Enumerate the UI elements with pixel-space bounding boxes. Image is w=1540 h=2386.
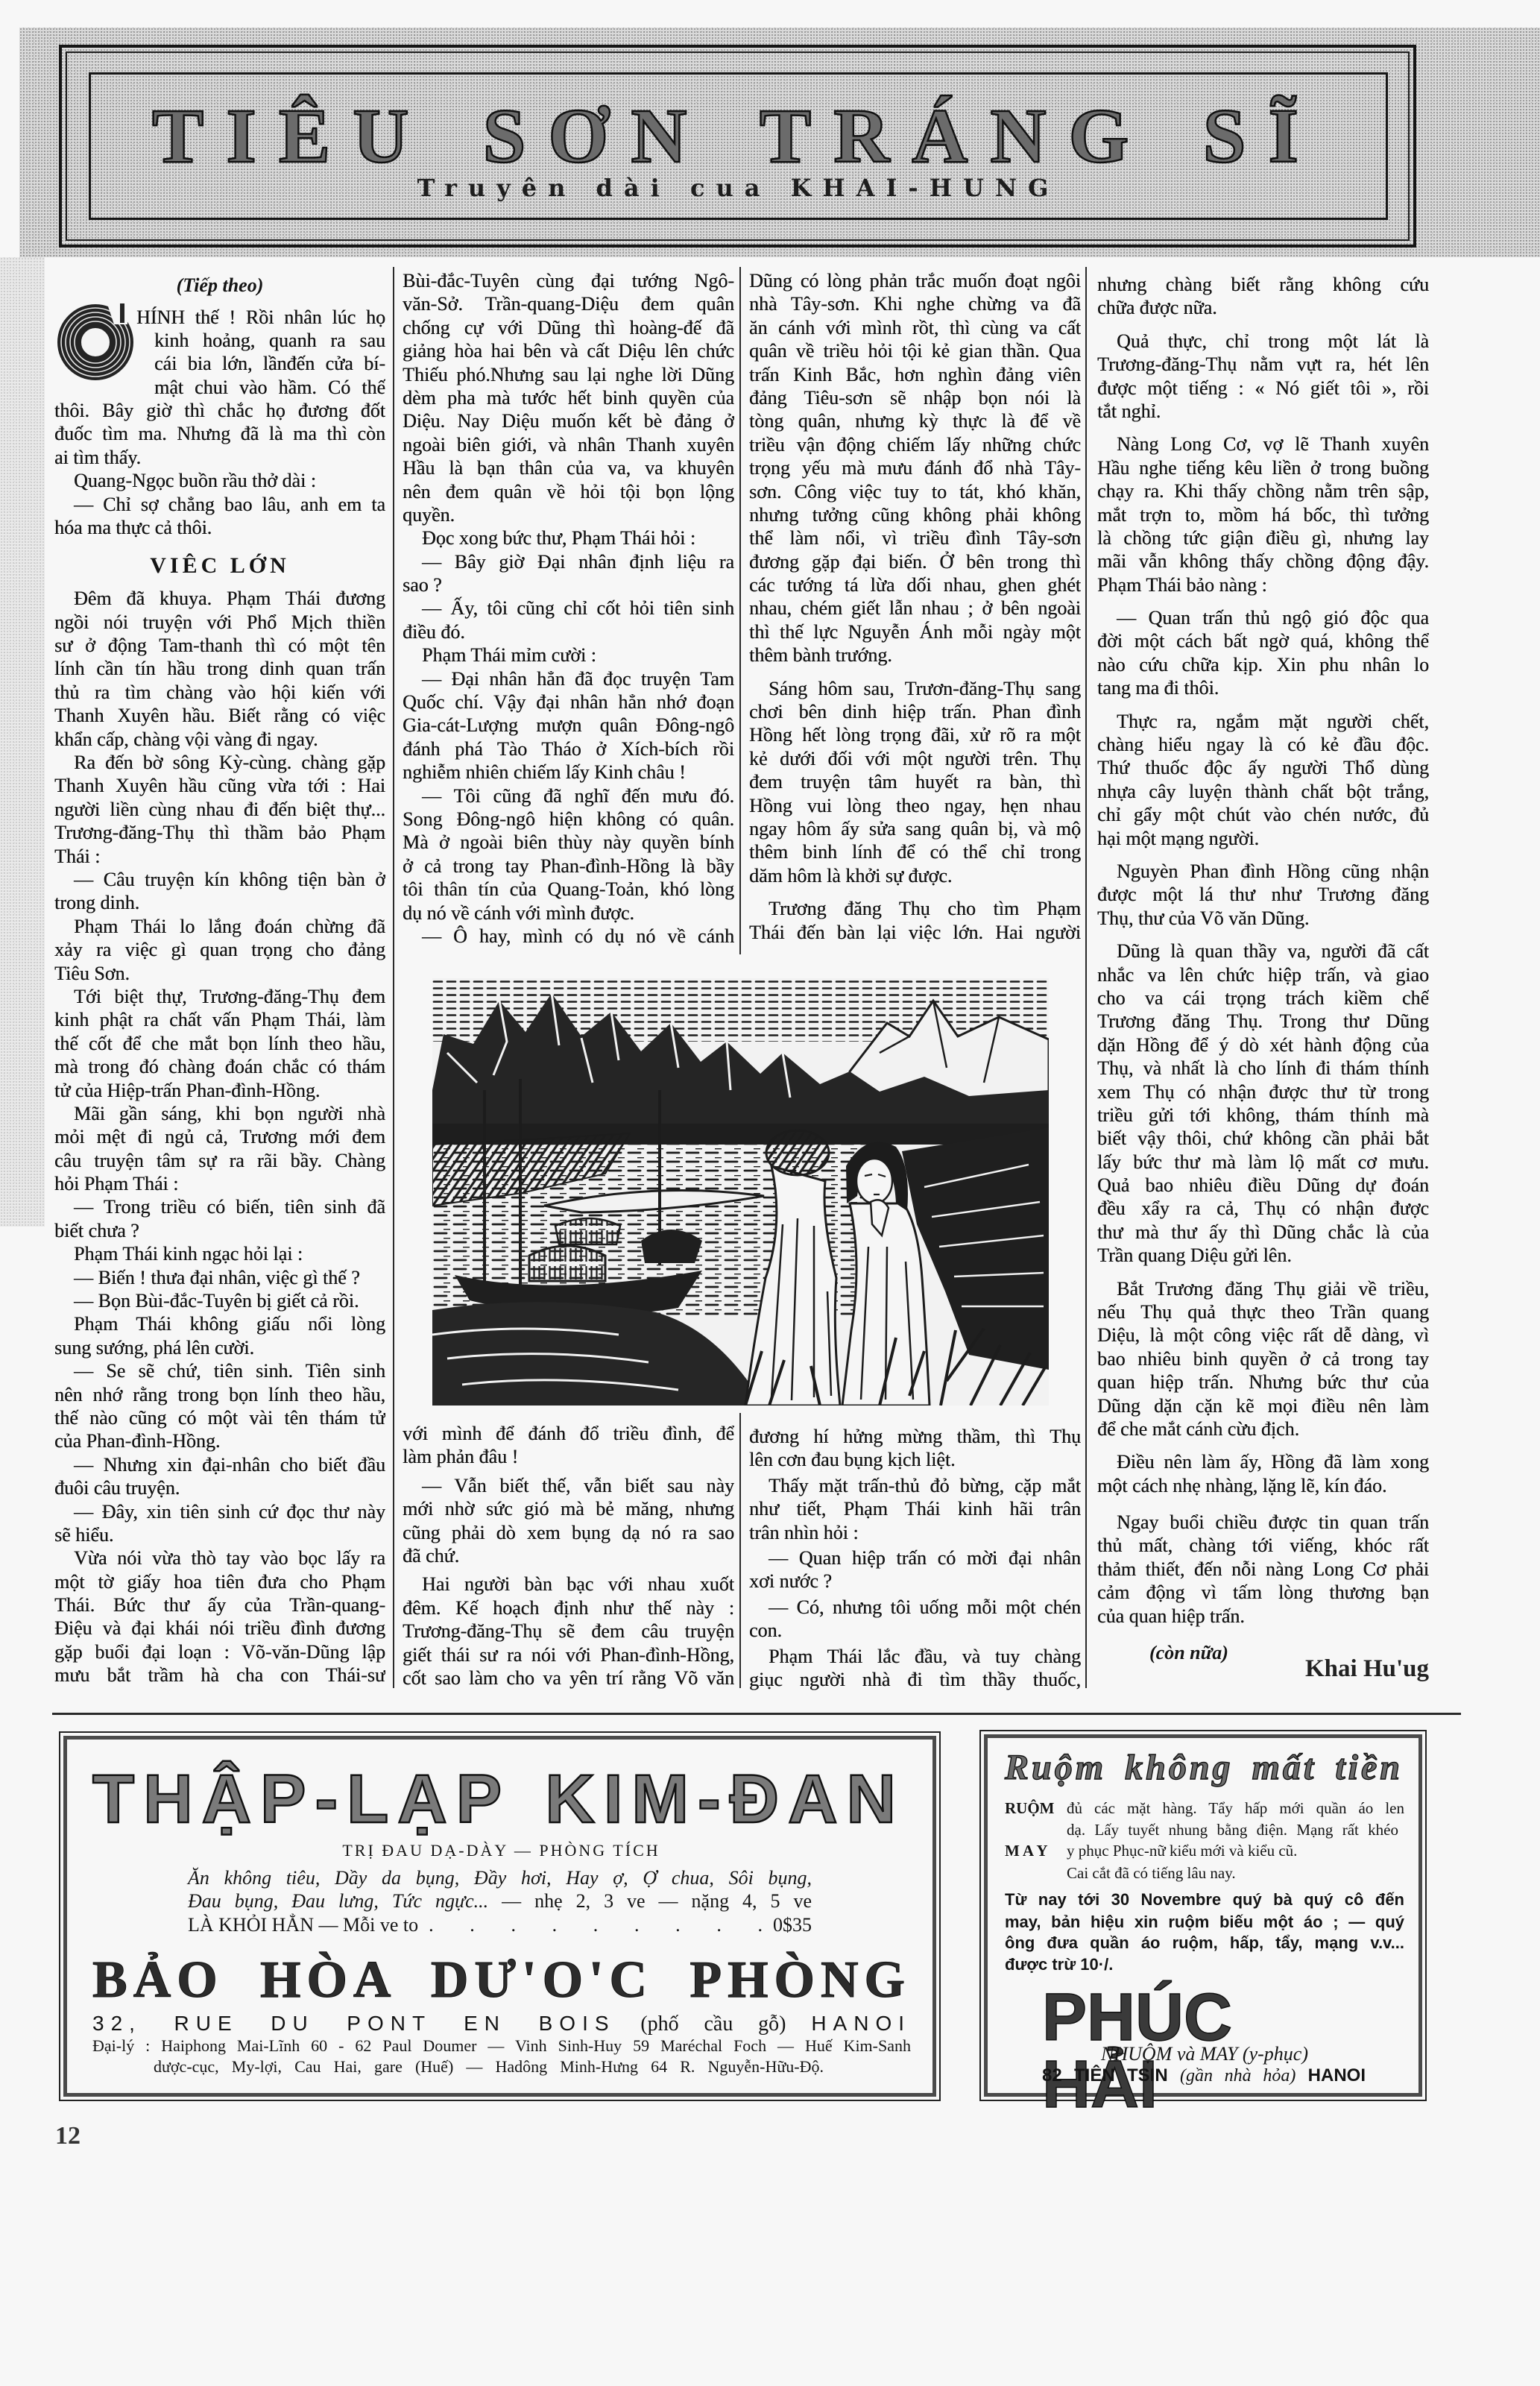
text-line: — Vẫn biết thế, vẫn biết sau này [403, 1474, 734, 1497]
text-line: nhà Tây-sơn. Khi nghe chừng va đã [749, 292, 1081, 315]
text-line: Điều nên làm ấy, Hồng đã làm xong [1097, 1450, 1429, 1473]
text-line: lên cơn đau bụng kịch liệt. [749, 1448, 1081, 1471]
column-rule [1085, 267, 1087, 1688]
text-line: Phạm Thái không giấu nổi lòng [54, 1312, 385, 1335]
text-line: thế cốt để che mắt bọn lính theo hầu, [54, 1032, 385, 1055]
paragraph: — Câu truyện kín không tiện bàn ởtrong d… [54, 868, 385, 915]
text-line: sơn. Công việc tuy to tát, khó khăn, [749, 480, 1081, 503]
paragraph: — Quan trấn thủ ngộ gió độc quađời một c… [1097, 606, 1429, 700]
text-line: đương hí hửng mừng thầm, thì Thụ [749, 1425, 1081, 1448]
text-line: — Nhưng xin đại-nhân cho biết đầu [54, 1453, 385, 1476]
paragraph: — Tôi cũng đã nghĩ đến mưu đó.Song Đông-… [403, 784, 734, 925]
text-line: Thanh Xuyên hầu cũng vừa tới : Hai [54, 774, 385, 797]
paragraph: — Bây giờ Đại nhân định liệu rasao ? [403, 550, 734, 597]
text-line: sẽ hiểu. [54, 1523, 385, 1546]
text-line: bao nhiêu binh quyền ở cả trong tay [1097, 1347, 1429, 1370]
continued-label: (Tiếp theo) [54, 274, 385, 298]
text-line: — Biến ! thưa đại nhân, việc gì thế ? [54, 1266, 385, 1289]
text-line: mắt trợn to, mồm há bốc, thì tưởng [1097, 503, 1429, 526]
text-line: một tờ giấy hoa tiên đưa cho Phạm [54, 1570, 385, 1593]
text-line: Tới biệt thự, Trương-đăng-Thụ đem [54, 985, 385, 1008]
text-line: nhưng tưởng cũng không phải không [749, 503, 1081, 526]
text-line: Quả thực, chỉ trong một lát là [1097, 330, 1429, 353]
paragraph: Thực ra, ngắm mặt người chết,chàng hiểu … [1097, 710, 1429, 850]
text-line: được một tiếng : « Nó giết tôi », rồi [1097, 377, 1429, 400]
text-line: Thực ra, ngắm mặt người chết, [1097, 710, 1429, 733]
text-line: ngoài biên giới, và nhân Thanh xuyên [403, 433, 734, 456]
shop-address: 32, RUE DU PONT EN BOIS (phố cầu gỗ) HAN… [92, 2012, 911, 2036]
text-line: Dũng có lòng phản trắc muốn đoạt ngôi [749, 269, 1081, 292]
text-line: Ngay buổi chiều được tin quan trấn [1097, 1511, 1429, 1534]
text-line: cũng phải dò xem bụng dạ nó ra sao [403, 1521, 734, 1544]
text-line: Diệu. Nay Diệu muốn kết bè đảng ở [403, 409, 734, 432]
cure-label: LÀ KHỎI HẲN — Mỗi ve to [188, 1914, 418, 1936]
paragraph: Nàng Long Cơ, vợ lẽ Thanh xuyênHầu nghe … [1097, 432, 1429, 596]
text-line: lấy bức thư mà làm lộ mất cơ mưu. [1097, 1150, 1429, 1174]
shop-tagline: NHUỘM và MAY (y-phục) [981, 2044, 1428, 2065]
promo-line: Từ nay tới 30 Novembre quý bà quý cô đến [1005, 1889, 1404, 1910]
paragraph: Vừa nói vừa thò tay vào bọc lấy ramột tờ… [54, 1546, 385, 1687]
text-section: nhưng chàng biết rằng không cứuchữa được… [1097, 273, 1429, 1497]
text-line: Phạm Thái lắc đầu, và tuy chàng [749, 1645, 1081, 1668]
symptoms-text: Đau bụng, Đau lưng, Tức ngực... [188, 1890, 488, 1912]
shop-name: BẢO HÒA DƯ'O'C PHÒNG [92, 1954, 911, 2006]
text-line: Nàng Long Cơ, vợ lẽ Thanh xuyên [1097, 432, 1429, 456]
paragraph: — Bọn Bùi-đắc-Tuyên bị giết cả rồi. [54, 1289, 385, 1312]
promo-line: may, bản hiệu xin ruộm biếu một áo ; — q… [1005, 1911, 1404, 1933]
text-line: lính cần tín hầu trong dinh quan trấn [54, 657, 385, 680]
text-line: Mà ở ngoài biên thùy này quyền bính [403, 831, 734, 854]
paragraph: — Se sẽ chứ, tiên sinh. Tiên sinhnên nhớ… [54, 1359, 385, 1453]
paragraph: Đọc xong bức thư, Phạm Thái hỏi : [403, 526, 734, 550]
text-line: quan hiệp trấn. Nhưng bức thư của [1097, 1370, 1429, 1394]
text-section: đương hí hửng mừng thầm, thì Thụlên cơn … [749, 1425, 1081, 1691]
text-line: nhựa cây luyện thành chất bột trắng, [1097, 780, 1429, 803]
text-line: giục người nhà đi tìm thầy thuốc, [749, 1668, 1081, 1691]
text-line: chàng hiểu ngay là có kẻ đầu độc. [1097, 733, 1429, 756]
paragraph: — Ô hay, mình có dụ nó về cánh [403, 925, 734, 948]
text-line: thảm thiết, đến nỗi nàng Long Cơ phải [1097, 1558, 1429, 1581]
text-line: thủ mất, chàng tới viếng, khóc rất [1097, 1534, 1429, 1557]
paragraph: — Chỉ sợ chẳng bao lâu, anh em tahóa ma … [54, 493, 385, 540]
text-line: hóa ma thực cả thôi. [54, 516, 385, 539]
text-line: đều xẩy ra cả, Thụ có nhận được [1097, 1197, 1429, 1220]
text-line: thêm bành trướng. [749, 643, 1081, 667]
text-line: Trương-đăng-Thụ nằm vựt ra, hét lên [1097, 353, 1429, 376]
text-line: Nguyèn Phan đình Hồng cũng nhận [1097, 860, 1429, 883]
text-line: được một lá thư như Trương đăng [1097, 883, 1429, 906]
text-line: đảng Tiêu-sơn sẽ nhập bọn nói là [749, 386, 1081, 409]
text-line: — Chỉ sợ chẳng bao lâu, anh em ta [54, 493, 385, 516]
text-line: nếu Thụ quả thực theo Trần quang [1097, 1300, 1429, 1323]
text-line: Thụ, thư của Võ văn Dũng. [1097, 907, 1429, 930]
text-line: Trương-đăng-Thụ sẽ đem câu truyện [403, 1619, 734, 1643]
service-text: Cai cắt đã có tiếng lâu nay. [1067, 1863, 1236, 1884]
text-line: Dũng là quan thầy va, người đã cất [1097, 939, 1429, 963]
address-street: 32, RUE DU PONT EN BOIS [92, 2012, 616, 2035]
paragraph: — Quan hiệp trấn có mời đại nhânxơi nước… [749, 1546, 1081, 1593]
text-line: Gia-cát-Lượng mượn quân Đông-ngô [403, 714, 734, 737]
text-line: là chồng tức giận điều gì, nhưng lay [1097, 526, 1429, 550]
text-line: Trương-đăng-Thụ thì thầm bảo Phạm [54, 821, 385, 844]
text-line: thế nào cũng có một vài tên thám tử [54, 1406, 385, 1429]
text-line: ăn cánh với mình rồt, thì cùng va cất [749, 316, 1081, 339]
text-line: cho va cái trọng trách kiềm chế [1097, 986, 1429, 1010]
drop-cap: C [56, 302, 135, 381]
author-signature: Khai Hu'ug [1193, 1655, 1429, 1682]
text-line: triều gửi tới không, thám thính mà [1097, 1104, 1429, 1127]
text-line: — Tôi cũng đã nghĩ đến mưu đó. [403, 784, 734, 808]
address-note: (phố cầu gỗ) [640, 2012, 786, 2036]
text-line: giết thái sư ra nói với Phan-đình-Hồng, [403, 1643, 734, 1666]
text-line: ai tìm thấy. [54, 446, 385, 469]
text-line: chơi bên dinh hiệp trấn. Phan đình [749, 700, 1081, 723]
service-label: RUỘM [1005, 1798, 1055, 1819]
paragraph: Quang-Ngọc buồn rầu thở dài : [54, 469, 385, 492]
service-label: M A Y [1005, 1840, 1048, 1862]
text-line: nghiễm nhiên chiếm lấy Kinh châu ! [403, 761, 734, 784]
text-line: thôi. Bây giờ thì chắc họ đương đốt [54, 399, 385, 422]
text-line: — Quan trấn thủ ngộ gió độc qua [1097, 606, 1429, 629]
text-line: mãi vẫn không thấy chồng động đậy. [1097, 550, 1429, 573]
text-section: Dũng có lòng phản trắc muốn đoạt ngôinhà… [749, 269, 1081, 944]
text-line: Đêm đã khuya. Phạm Thái đương [54, 587, 385, 610]
symptoms-line: Đau bụng, Đau lưng, Tức ngực... — nhẹ 2,… [188, 1890, 812, 1913]
text-line: làm phản đâu ! [403, 1445, 734, 1468]
text-line: nên đem quân về hỏi tội bọn lộng [403, 480, 734, 503]
text-line: mà trong đó chàng đoán chắc có thám [54, 1055, 385, 1078]
paragraph: Trương đăng Thụ cho tìm PhạmThái đến bàn… [749, 897, 1081, 944]
text-line: Quốc chí. Vậy đại nhân hẳn nhớ đoạn [403, 690, 734, 714]
dosage-text: — nhẹ 2, 3 ve — nặng 4, 5 ve [502, 1890, 812, 1912]
text-line: Phạm Thái bảo nàng : [1097, 573, 1429, 596]
text-line: — Trong triều có biến, tiên sinh đã [54, 1195, 385, 1218]
paragraph: — Biến ! thưa đại nhân, việc gì thế ? [54, 1266, 385, 1289]
text-line: dụ nó về cánh với mình được. [403, 901, 734, 925]
text-line: sư ở động Tam-thanh thì có một tên [54, 634, 385, 657]
text-line: — Có, nhưng tôi uống mỗi một chén [749, 1596, 1081, 1619]
text-line: mỏi mệt đi ngủ cả, Trương mới đem [54, 1125, 385, 1148]
text-line: triều vận động chiếm lấy những chức [749, 433, 1081, 456]
text-section: Bùi-đắc-Tuyên cùng đại tướng Ngô-văn-Sở.… [403, 269, 734, 948]
paragraph: Bùi-đắc-Tuyên cùng đại tướng Ngô-văn-Sở.… [403, 269, 734, 526]
text-line: biết vậy thôi, chứ không cần phải bắt [1097, 1127, 1429, 1150]
column-rule [739, 1413, 741, 1688]
text-line: với mình để đánh đổ triều đình, để [403, 1422, 734, 1445]
text-line: nào cứu chữa kịp. Xin phu nhân lo [1097, 653, 1429, 676]
text-line: xem Thụ có nhận được thư từ trong [1097, 1080, 1429, 1104]
text-line: Đọc xong bức thư, Phạm Thái hỏi : [403, 526, 734, 550]
paragraph: Điều nên làm ấy, Hồng đã làm xongmột các… [1097, 1450, 1429, 1497]
paragraph: với mình để đánh đổ triều đình, đểlàm ph… [403, 1422, 734, 1469]
address-city: HANOI [811, 2012, 911, 2035]
paragraph: Bắt Trương đăng Thụ giải về triều,nếu Th… [1097, 1277, 1429, 1441]
text-line: đuôi câu truyện. [54, 1476, 385, 1499]
text-line: Thứ thuốc độc ấy người Thổ dùng [1097, 756, 1429, 779]
address-note: (gần nhà hỏa) [1180, 2066, 1296, 2086]
text-line: — Đây, xin tiên sinh cứ đọc thư này [54, 1500, 385, 1523]
text-line: Thụ, và nhất là cho lính đi thám thính [1097, 1057, 1429, 1080]
drop-cap-letter: C [135, 302, 136, 303]
text-line: dăm hôm là khởi sự được. [749, 864, 1081, 887]
text-line: điều đó. [403, 620, 734, 643]
text-line: nhau, chém giết lẫn nhau ; ở bên ngoài [749, 596, 1081, 620]
paragraph: — Đại nhân hẳn đã đọc truyện TamQuốc chí… [403, 667, 734, 784]
paragraph: Tới biệt thự, Trương-đăng-Thụ đemkinh ph… [54, 985, 385, 1102]
text-line: thư mà thư ấy thì Dũng chắc là của [1097, 1221, 1429, 1244]
paragraph: đương hí hửng mừng thầm, thì Thụlên cơn … [749, 1425, 1081, 1472]
text-line: thêm binh lính để có thể chỉ trong [749, 840, 1081, 863]
service-text: y phục Phục-nữ kiểu mới và kiểu cũ. [1067, 1840, 1297, 1862]
price: 0$35 [773, 1914, 812, 1936]
text-line: Trương đăng Thụ. Trong thư Dũng [1097, 1010, 1429, 1033]
drop-cap-spiral-icon [56, 302, 135, 381]
column-rule [393, 267, 394, 1688]
paragraph: Nguyèn Phan đình Hồng cũng nhậnđược một … [1097, 860, 1429, 930]
text-line: Điệu và đại khái nói triều đình đương [54, 1617, 385, 1640]
shop-address: 82 TIÊN TSIN (gần nhà hỏa) HANOI [1042, 2065, 1366, 2086]
text-line: trong dinh. [54, 891, 385, 914]
section-divider [52, 1713, 1461, 1715]
text-line: khẩn cấp, chàng vội vàng đi ngay. [54, 728, 385, 751]
text-line: gặp buổi đại loạn : Võ-văn-Dũng lập [54, 1640, 385, 1663]
text-section: Ngay buổi chiều được tin quan trấnthủ mấ… [1097, 1511, 1429, 1628]
text-line: Hai người bàn bạc với nhau xuốt [403, 1573, 734, 1596]
serial-title: TIÊU SƠN TRÁNG SĨ [152, 98, 1321, 175]
paragraph: Hai người bàn bạc với nhau xuốtđêm. Kế h… [403, 1573, 734, 1690]
text-line: nhưng chàng biết rằng không cứu [1097, 273, 1429, 296]
text-line: tang ma đi thôi. [1097, 676, 1429, 699]
text-line: như tiết, Phạm Thái kinh hãi trân [749, 1497, 1081, 1520]
text-line: con. [749, 1619, 1081, 1642]
text-line: thể làm nổi, vì triều đình Tây-sơn [749, 526, 1081, 550]
text-line: đuốc tìm ma. Nhưng đã là ma thì còn [54, 422, 385, 445]
text-section: với mình để đánh đổ triều đình, đểlàm ph… [403, 1422, 734, 1690]
paragraph: Dũng có lòng phản trắc muốn đoạt ngôinhà… [749, 269, 1081, 667]
paragraph: Ra đến bờ sông Kỳ-cùng. chàng gặpThanh X… [54, 751, 385, 868]
text-line: — Bọn Bùi-đắc-Tuyên bị giết cả rồi. [54, 1289, 385, 1312]
text-line: Quả bao nhiêu điều Dũng dự đoán [1097, 1174, 1429, 1197]
text-line: đêm. Kế hoạch định như thế này : [403, 1596, 734, 1619]
text-line: của quan hiệp trấn. [1097, 1605, 1429, 1628]
column-rule [739, 267, 741, 954]
text-line: Tiêu Sơn. [54, 962, 385, 985]
text-line: quân về triều hỏi tội kẻ gian thần. Qua [749, 339, 1081, 362]
service-text: dạ. Lấy tuyết nhung bằng điện. Mạng rất … [1067, 1819, 1398, 1841]
paragraph: — Nhưng xin đại-nhân cho biết đầuđuôi câ… [54, 1453, 385, 1500]
text-line: Thái. Bức thư ấy của Trần-quang- [54, 1593, 385, 1617]
text-line: ngồi nói truyện với Phổ Mịch thiền [54, 611, 385, 634]
text-line: để che mắt cánh cừu địch. [1097, 1417, 1429, 1441]
text-line: — Câu truyện kín không tiện bàn ở [54, 868, 385, 891]
text-line: xảy ra việc gì quan trọng cho đảng [54, 938, 385, 961]
text-line: nhắc va lên chức hiệp trấn, và giao [1097, 963, 1429, 986]
text-line: Ra đến bờ sông Kỳ-cùng. chàng gặp [54, 751, 385, 774]
paragraph: Phạm Thái không giấu nổi lòngsung sướng,… [54, 1312, 385, 1359]
text-line: Trần quang Diệu gửi lên. [1097, 1244, 1429, 1267]
text-section: Đêm đã khuya. Phạm Thái đươngngồi nói tr… [54, 587, 385, 1687]
text-line: xơi nước ? [749, 1570, 1081, 1593]
text-line: — Quan hiệp trấn có mời đại nhân [749, 1546, 1081, 1570]
paragraph: Sáng hôm sau, Trươn-đăng-Thụ sangchơi bê… [749, 677, 1081, 888]
agents-line: dược-cục, My-lợi, Cau Hai, gare (Huế) — … [154, 2056, 824, 2077]
paragraph: Phạm Thái lắc đầu, và tuy chànggiục ngườ… [749, 1645, 1081, 1692]
paragraph: Quả thực, chỉ trong một lát làTrương-đăn… [1097, 330, 1429, 424]
text-line: Phạm Thái kinh ngạc hỏi lại : [54, 1242, 385, 1265]
text-line: sung sướng, phá lên cười. [54, 1336, 385, 1359]
paragraph: — Đây, xin tiên sinh cứ đọc thư nàysẽ hi… [54, 1500, 385, 1547]
text-line: Trương đăng Thụ cho tìm Phạm [749, 897, 1081, 920]
service-text: đủ các mặt hàng. Tẩy hấp mới quần áo len [1067, 1798, 1404, 1819]
text-line: Mãi gần sáng, khi bọn người nhà [54, 1102, 385, 1125]
text-line: biết chưa ? [54, 1219, 385, 1242]
text-line: Phạm Thái lo lắng đoán chừng đã [54, 915, 385, 938]
text-line: câu truyện tâm sự ra rãi bầy. Chàng [54, 1149, 385, 1172]
text-line: cảm động vì tấm lòng thương bạn [1097, 1581, 1429, 1604]
address-city: HANOI [1308, 2065, 1366, 2086]
paragraph: Thấy mặt trấn-thủ đỏ bừng, cặp mắtnhư ti… [749, 1474, 1081, 1544]
text-line: ở cả trong tay Phan-đình-Hồng là bầy [403, 854, 734, 878]
text-line: trọng yếu mà mưu đánh đổ nhà Tây- [749, 456, 1081, 479]
text-line: — Ô hay, mình có dụ nó về cánh [403, 925, 734, 948]
text-line: chữa được nữa. [1097, 296, 1429, 319]
paragraph: Dũng là quan thầy va, người đã cấtnhắc v… [1097, 939, 1429, 1267]
text-line: Bắt Trương đăng Thụ giải về triều, [1097, 1277, 1429, 1300]
text-line: thủ ra tìm chàng vào hội kiến với [54, 681, 385, 704]
text-line: — Ấy, tôi cũng chỉ cốt hỏi tiên sinh [403, 596, 734, 620]
text-line: người liền cùng nhau đi đến biệt thự... [54, 798, 385, 821]
text-line: thì thế lực Nguyễn Ánh mỗi ngày một [749, 620, 1081, 643]
promo-line: ông đưa quần áo ruộm, hấp, tẩy, mạng v.v… [1005, 1932, 1404, 1954]
text-line: đời một cách bất ngờ quá, không thể [1097, 629, 1429, 652]
text-line: quyền. [403, 503, 734, 526]
text-line: chỉ gẩy một chút vào chén nước, đủ [1097, 803, 1429, 826]
text-line: — Bây giờ Đại nhân định liệu ra [403, 550, 734, 573]
paragraph: — Trong triều có biến, tiên sinh đãbiết … [54, 1195, 385, 1242]
text-line: giảng hòa hai bên và cất Diệu lên chức [403, 339, 734, 362]
text-line: Quang-Ngọc buồn rầu thở dài : [54, 469, 385, 492]
text-line: của Phan-đình-Hồng. [54, 1429, 385, 1452]
text-line: tôi thân tín của Quang-Toản, khó lòng [403, 878, 734, 901]
text-line: kẻ dưới đối với một người trên. Thụ [749, 747, 1081, 770]
paragraph: — Có, nhưng tôi uống mỗi một chéncon. [749, 1596, 1081, 1643]
text-line: đương gặp đại biến. Ở bên trong thì [749, 550, 1081, 573]
text-line: Thiếu phó.Nhưng sau lại nghe lời Dũng [403, 363, 734, 386]
text-line: mới nhờ sức gió mà bẻ măng, nhưng [403, 1497, 734, 1520]
text-line: cốt sao làm cho va yên trí rằng Võ văn [403, 1666, 734, 1690]
text-line: Hầu nghe tiếng kêu liền ở trong buồng [1097, 456, 1429, 479]
paragraph: nhưng chàng biết rằng không cứuchữa được… [1097, 273, 1429, 320]
paragraph: Ngay buổi chiều được tin quan trấnthủ mấ… [1097, 1511, 1429, 1628]
text-line: các tướng tá lừa dối nhau, ghen ghét [749, 573, 1081, 596]
text-line: dèm pha mà tước hết binh quyền của [403, 386, 734, 409]
text-line: — Đại nhân hẳn đã đọc truyện Tam [403, 667, 734, 690]
text-line: Hầu là bạn thân của va, va khuyên [403, 456, 734, 479]
text-line: Song Đông-ngô hiện không có quân. [403, 808, 734, 831]
text-line: Thái : [54, 845, 385, 868]
text-line: kinh phật ra chất vấn Phạm Thái, làm [54, 1008, 385, 1031]
paragraph: Phạm Thái mỉm cười : [403, 643, 734, 667]
text-line: Bùi-đắc-Tuyên cùng đại tướng Ngô- [403, 269, 734, 292]
pharmacy-advertisement: THẬP-LẠP KIM-ĐAN TRỊ ĐAU DẠ-DÀY — PHÒNG … [59, 1731, 941, 2101]
text-line: Diệu, là một công việc rất dễ dàng, vì [1097, 1323, 1429, 1347]
promo-line: được trừ 10·/. [1005, 1954, 1113, 1975]
text-line: hại một mạng người. [1097, 827, 1429, 850]
paragraph: Phạm Thái kinh ngạc hỏi lại : [54, 1242, 385, 1265]
price-line: LÀ KHỎI HẲN — Mỗi ve to . . . . . . . . … [188, 1914, 812, 1936]
page-number: 12 [55, 2122, 81, 2150]
text-line: Thấy mặt trấn-thủ đỏ bừng, cặp mắt [749, 1474, 1081, 1497]
woodcut-illustration [432, 978, 1049, 1406]
text-line: Vừa nói vừa thò tay vào bọc lấy ra [54, 1546, 385, 1570]
text-line: trân nhìn hỏi : [749, 1521, 1081, 1544]
text-line: tòng quân, nhưng kỳ thực là để về [749, 409, 1081, 432]
text-line: sao ? [403, 573, 734, 596]
text-line: ngay hôm ấy sửa sang quân bị, và mộ [749, 817, 1081, 840]
paragraph: — Vẫn biết thế, vẫn biết sau nàymới nhờ … [403, 1474, 734, 1568]
paragraph: Mãi gần sáng, khi bọn người nhàmỏi mệt đ… [54, 1102, 385, 1196]
symptoms-line: Ăn không tiêu, Dầy da bụng, Đầy hơi, Hay… [188, 1867, 812, 1889]
text-line: hỏi Phạm Thái : [54, 1172, 385, 1195]
text-line: văn-Sở. Trần-quang-Diệu đem quân [403, 292, 734, 315]
dot-leader: . . . . . . . . . [418, 1914, 773, 1936]
address-street: 82 TIÊN TSIN [1042, 2065, 1168, 2086]
text-line: Hồng vui lòng theo ngay, hẹn nhau [749, 794, 1081, 817]
text-line: dặn Hồng để ý dò xét hành động của [1097, 1033, 1429, 1057]
agents-line: Đại-lý : Haiphong Mai-Lĩnh 60 - 62 Paul … [92, 2036, 911, 2056]
text-line: tử của Hiệp-trấn Phan-đình-Hồng. [54, 1079, 385, 1102]
dyer-advertisement: Ruộm không mất tiền RUỘM đủ các mặt hàng… [979, 1730, 1427, 2101]
text-line: chống cự với Dũng thì hoàng-đế đã [403, 316, 734, 339]
chapter-heading: VIÊC LỚN [54, 553, 385, 579]
text-line: đã chứ. [403, 1544, 734, 1567]
text-line: nên nhớ rằng trong bọn lính theo hầu, [54, 1383, 385, 1406]
paragraph: — Ấy, tôi cũng chỉ cốt hỏi tiên sinhđiều… [403, 596, 734, 643]
text-line: — Se sẽ chứ, tiên sinh. Tiên sinh [54, 1359, 385, 1382]
serial-byline: Truyên dài cua KHAI-HUNG [89, 174, 1388, 201]
text-line: một cách nhẹ nhàng, lặng lẽ, kín đáo. [1097, 1474, 1429, 1497]
text-line: đánh phá Tào Tháo ở Xích-bích rồi [403, 737, 734, 761]
text-line: tắt nghỉ. [1097, 400, 1429, 423]
text-line: Thái đến bàn lại việc lớn. Hai người [749, 921, 1081, 944]
text-line: mưu bắt trầm hà cha con Thái-sư [54, 1663, 385, 1687]
scan-margin [0, 257, 45, 1227]
text-line: Phạm Thái mỉm cười : [403, 643, 734, 667]
paragraph: Phạm Thái lo lắng đoán chừng đãxảy ra vi… [54, 915, 385, 985]
text-line: Hồng hết lòng trọng đãi, xử rõ ra một [749, 723, 1081, 746]
text-line: Sáng hôm sau, Trươn-đăng-Thụ sang [749, 677, 1081, 700]
product-name: THẬP-LẠP KIM-ĐAN [92, 1765, 905, 1833]
paragraph: Đêm đã khuya. Phạm Thái đươngngồi nói tr… [54, 587, 385, 751]
product-indication: TRỊ ĐAU DẠ-DÀY — PHÒNG TÍCH [60, 1839, 942, 1862]
text-line: chạy ra. Khi thấy chồng nằm trên sập, [1097, 479, 1429, 503]
text-line: Dũng dặn cặn kẽ mọi điều nên làm [1097, 1394, 1429, 1417]
text-line: Thanh Xuyên hầu. Biết rằng có việc [54, 704, 385, 727]
text-line: trấn Kinh Bắc, hơn nghìn đảng viên [749, 363, 1081, 386]
ad-headline: Ruộm không mất tiền [1005, 1750, 1403, 1786]
text-line: đem truyện tâm huyết ra bàn, thì [749, 770, 1081, 793]
